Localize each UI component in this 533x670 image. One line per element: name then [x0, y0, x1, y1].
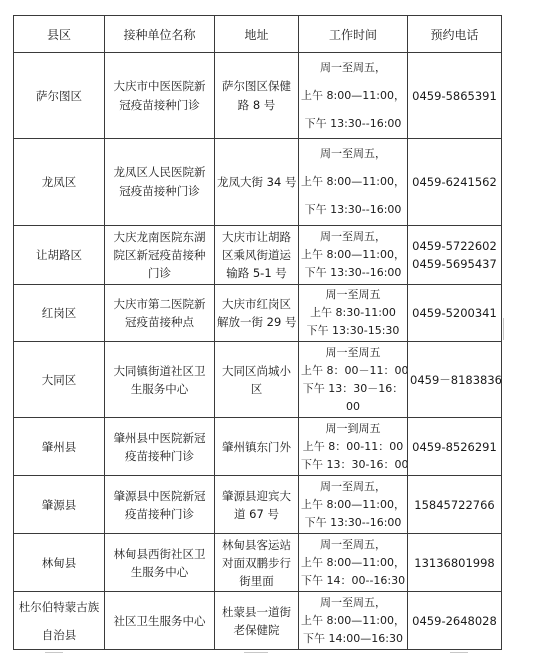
cell-address: 林甸县客运站对面双鹏步行街里面 [215, 534, 299, 592]
cell-address: 杜蒙县一道街老保健院 [215, 592, 299, 650]
cell-phone-line: 15845722766 [410, 496, 499, 514]
table-row: 红岗区大庆市第二医院新冠疫苗接种点大庆市红岗区解放一街 29 号周一至周五上午 … [14, 285, 502, 342]
cell-district: 肇源县 [14, 476, 105, 534]
cell-district-line: 让胡路区 [16, 246, 102, 264]
cell-address: 肇源县迎宾大道 67 号 [215, 476, 299, 534]
cell-working-hours-line: 周一至周五 [301, 344, 405, 362]
cell-district: 肇州县 [14, 418, 105, 476]
cell-address: 大同区尚城小区 [215, 342, 299, 418]
cell-unit-name: 肇州县中医院新冠疫苗接种门诊 [105, 418, 215, 476]
cell-address-line: 解放一街 29 号 [217, 313, 296, 331]
cell-working-hours-line: 周一至周五， [301, 594, 405, 612]
cell-unit-name-line: 大庆市中医医院新 [107, 77, 212, 96]
cell-working-hours-line: 周一至周五， [301, 228, 405, 246]
cell-working-hours-line: 上午 8:00—11:00， [301, 496, 405, 514]
cell-phone: 0459-5200341 [408, 285, 502, 342]
cell-working-hours: 周一至周五，上午 8:00—11:00，下午 13:30--16:00 [299, 139, 408, 226]
cell-address-line: 输路 5-1 号 [217, 264, 296, 282]
cell-working-hours: 周一至周五，上午 8:00—11:00，下午 13:30--16:00 [299, 226, 408, 285]
cell-district: 红岗区 [14, 285, 105, 342]
cell-working-hours-line: 周一至周五， [301, 478, 405, 496]
cell-address: 大庆市红岗区解放一街 29 号 [215, 285, 299, 342]
cell-phone: 15845722766 [408, 476, 502, 534]
cell-district-line: 肇州县 [16, 438, 102, 456]
table-row: 肇源县肇源县中医院新冠疫苗接种门诊肇源县迎宾大道 67 号周一至周五，上午 8:… [14, 476, 502, 534]
cell-working-hours-line: 上午 8:30-11:00 [301, 304, 405, 322]
cell-address-line: 街里面 [217, 572, 296, 590]
cell-address: 龙凤大街 34 号 [215, 139, 299, 226]
cell-unit-name-line: 大同镇街道社区卫 [107, 362, 212, 380]
cell-unit-name: 林甸县西街社区卫生服务中心 [105, 534, 215, 592]
cell-working-hours-line: 上午 8:00—11:00， [301, 168, 405, 196]
scan-artifact [45, 652, 63, 653]
header-address: 地址 [215, 16, 299, 53]
cell-phone: 0459-57226020459-5695437 [408, 226, 502, 285]
cell-unit-name: 社区卫生服务中心 [105, 592, 215, 650]
cell-working-hours-line: 下午 13:30-15:30 [301, 322, 405, 340]
table-row: 大同区大同镇街道社区卫生服务中心大同区尚城小区周一至周五上午 8：00－11：0… [14, 342, 502, 418]
cell-unit-name-line: 冠疫苗接种门诊 [107, 96, 212, 115]
cell-phone-line: 0459-5695437 [410, 255, 499, 273]
cell-working-hours-line: 上午 8:00—11:00， [301, 246, 405, 264]
cell-district-line: 红岗区 [16, 304, 102, 322]
cell-district-line: 大同区 [16, 371, 102, 389]
cell-working-hours-line: 00 [301, 398, 405, 416]
cell-unit-name: 龙凤区人民医院新冠疫苗接种门诊 [105, 139, 215, 226]
cell-phone-line: 0459－8183836 [410, 371, 499, 389]
cell-address-line: 老保健院 [217, 621, 296, 639]
cell-unit-name-line: 疫苗接种门诊 [107, 447, 212, 465]
cell-unit-name-line: 龙凤区人民医院新 [107, 163, 212, 182]
cell-working-hours: 周一到周五上午 8：00-11：00下午 13：30-16：00 [299, 418, 408, 476]
cell-unit-name-line: 冠疫苗接种门诊 [107, 182, 212, 201]
cell-working-hours-line: 周一至周五， [301, 536, 405, 554]
cell-address: 萨尔图区保健路 8 号 [215, 53, 299, 139]
cell-phone-line: 13136801998 [410, 554, 499, 572]
scan-artifact [503, 318, 504, 340]
cell-working-hours-line: 上午 8：00-11：00 [301, 438, 405, 456]
cell-working-hours-line: 下午 13:30--16:00 [301, 264, 405, 282]
cell-working-hours-line: 周一到周五 [301, 420, 405, 438]
cell-address-line: 区乘风街道运 [217, 246, 296, 264]
cell-district: 龙凤区 [14, 139, 105, 226]
cell-unit-name: 大同镇街道社区卫生服务中心 [105, 342, 215, 418]
cell-district-line: 龙凤区 [16, 168, 102, 196]
cell-unit-name: 大庆龙南医院东湖院区新冠疫苗接种门诊 [105, 226, 215, 285]
cell-phone: 0459-6241562 [408, 139, 502, 226]
cell-working-hours-line: 上午 8：00－11：00 [301, 362, 405, 380]
table-row: 让胡路区大庆龙南医院东湖院区新冠疫苗接种门诊大庆市让胡路区乘风街道运输路 5-1… [14, 226, 502, 285]
cell-address-line: 对面双鹏步行 [217, 554, 296, 572]
cell-working-hours-line: 上午 8:00—11:00， [301, 554, 405, 572]
cell-working-hours-line: 周一至周五， [301, 54, 405, 82]
cell-address-line: 大同区尚城小 [217, 362, 296, 380]
cell-district: 萨尔图区 [14, 53, 105, 139]
vaccination-sites-table: 县区 接种单位名称 地址 工作时间 预约电话 萨尔图区大庆市中医医院新冠疫苗接种… [13, 15, 502, 650]
cell-working-hours: 周一至周五上午 8：00－11：00下午 13：30－16：00 [299, 342, 408, 418]
cell-unit-name-line: 肇源县中医院新冠 [107, 487, 212, 505]
cell-working-hours: 周一至周五，上午 8:00—11:00，下午 13:30--16:00 [299, 476, 408, 534]
table-header-row: 县区 接种单位名称 地址 工作时间 预约电话 [14, 16, 502, 53]
cell-phone: 0459-5865391 [408, 53, 502, 139]
cell-phone: 0459-8526291 [408, 418, 502, 476]
cell-district: 林甸县 [14, 534, 105, 592]
table-row: 杜尔伯特蒙古族自治县社区卫生服务中心杜蒙县一道街老保健院周一至周五，上午 8:0… [14, 592, 502, 650]
cell-unit-name-line: 社区卫生服务中心 [107, 612, 212, 630]
cell-unit-name-line: 门诊 [107, 264, 212, 282]
cell-unit-name: 肇源县中医院新冠疫苗接种门诊 [105, 476, 215, 534]
cell-address-line: 萨尔图区保健 [217, 77, 296, 96]
cell-working-hours-line: 下午 13:30--16:00 [301, 514, 405, 532]
cell-unit-name-line: 生服务中心 [107, 380, 212, 398]
cell-phone-line: 0459-8526291 [410, 438, 499, 456]
header-phone: 预约电话 [408, 16, 502, 53]
cell-address: 肇州镇东门外 [215, 418, 299, 476]
cell-unit-name: 大庆市第二医院新冠疫苗接种点 [105, 285, 215, 342]
cell-unit-name-line: 冠疫苗接种点 [107, 313, 212, 331]
cell-working-hours-line: 上午 8:00—11:00， [301, 612, 405, 630]
table-row: 龙凤区龙凤区人民医院新冠疫苗接种门诊龙凤大街 34 号周一至周五，上午 8:00… [14, 139, 502, 226]
cell-working-hours-line: 下午 14：00--16:30 [301, 572, 405, 590]
cell-working-hours-line: 周一至周五， [301, 140, 405, 168]
cell-unit-name-line: 生服务中心 [107, 563, 212, 581]
cell-unit-name: 大庆市中医医院新冠疫苗接种门诊 [105, 53, 215, 139]
cell-unit-name-line: 大庆龙南医院东湖 [107, 228, 212, 246]
cell-working-hours-line: 下午 14:00—16:30 [301, 630, 405, 648]
cell-phone-line: 0459-6241562 [410, 168, 499, 196]
header-district: 县区 [14, 16, 105, 53]
cell-phone-line: 0459-5200341 [410, 304, 499, 322]
header-working-hours: 工作时间 [299, 16, 408, 53]
cell-district-line: 杜尔伯特蒙古族 [16, 593, 102, 621]
cell-phone-line: 0459-2648028 [410, 612, 499, 630]
cell-address-line: 大庆市红岗区 [217, 295, 296, 313]
cell-district-line: 林甸县 [16, 554, 102, 572]
cell-address-line: 肇州镇东门外 [217, 438, 296, 456]
cell-unit-name-line: 肇州县中医院新冠 [107, 429, 212, 447]
table-row: 林甸县林甸县西街社区卫生服务中心林甸县客运站对面双鹏步行街里面周一至周五，上午 … [14, 534, 502, 592]
cell-district: 大同区 [14, 342, 105, 418]
cell-district-line: 肇源县 [16, 496, 102, 514]
cell-working-hours: 周一至周五，上午 8:00—11:00，下午 14:00—16:30 [299, 592, 408, 650]
cell-phone: 0459－8183836 [408, 342, 502, 418]
header-unit-name: 接种单位名称 [105, 16, 215, 53]
cell-working-hours: 周一至周五，上午 8:00—11:00，下午 13:30--16:00 [299, 53, 408, 139]
cell-address-line: 区 [217, 380, 296, 398]
cell-address-line: 林甸县客运站 [217, 536, 296, 554]
cell-address-line: 杜蒙县一道街 [217, 603, 296, 621]
table-row: 肇州县肇州县中医院新冠疫苗接种门诊肇州镇东门外周一到周五上午 8：00-11：0… [14, 418, 502, 476]
cell-address-line: 路 8 号 [217, 96, 296, 115]
cell-working-hours-line: 周一至周五 [301, 286, 405, 304]
cell-district-line: 自治县 [16, 621, 102, 649]
table-body: 萨尔图区大庆市中医医院新冠疫苗接种门诊萨尔图区保健路 8 号周一至周五，上午 8… [14, 53, 502, 650]
cell-district: 杜尔伯特蒙古族自治县 [14, 592, 105, 650]
cell-district-line: 萨尔图区 [16, 82, 102, 110]
cell-phone-line: 0459-5722602 [410, 237, 499, 255]
cell-phone: 13136801998 [408, 534, 502, 592]
cell-address-line: 龙凤大街 34 号 [217, 173, 296, 192]
table-row: 萨尔图区大庆市中医医院新冠疫苗接种门诊萨尔图区保健路 8 号周一至周五，上午 8… [14, 53, 502, 139]
cell-working-hours-line: 下午 13：30-16：00 [301, 456, 405, 474]
cell-unit-name-line: 大庆市第二医院新 [107, 295, 212, 313]
cell-address-line: 大庆市让胡路 [217, 228, 296, 246]
cell-unit-name-line: 林甸县西街社区卫 [107, 545, 212, 563]
scan-artifact [450, 652, 468, 653]
cell-working-hours-line: 上午 8:00—11:00， [301, 82, 405, 110]
cell-working-hours: 周一至周五上午 8:30-11:00下午 13:30-15:30 [299, 285, 408, 342]
cell-working-hours-line: 下午 13:30--16:00 [301, 196, 405, 224]
cell-district: 让胡路区 [14, 226, 105, 285]
scan-artifact [244, 652, 268, 653]
cell-working-hours-line: 下午 13:30--16:00 [301, 110, 405, 138]
cell-phone-line: 0459-5865391 [410, 82, 499, 110]
cell-address: 大庆市让胡路区乘风街道运输路 5-1 号 [215, 226, 299, 285]
cell-working-hours-line: 下午 13：30－16： [301, 380, 405, 398]
cell-address-line: 道 67 号 [217, 505, 296, 523]
cell-unit-name-line: 疫苗接种门诊 [107, 505, 212, 523]
cell-phone: 0459-2648028 [408, 592, 502, 650]
cell-unit-name-line: 院区新冠疫苗接种 [107, 246, 212, 264]
cell-address-line: 肇源县迎宾大 [217, 487, 296, 505]
cell-working-hours: 周一至周五，上午 8:00—11:00，下午 14：00--16:30 [299, 534, 408, 592]
